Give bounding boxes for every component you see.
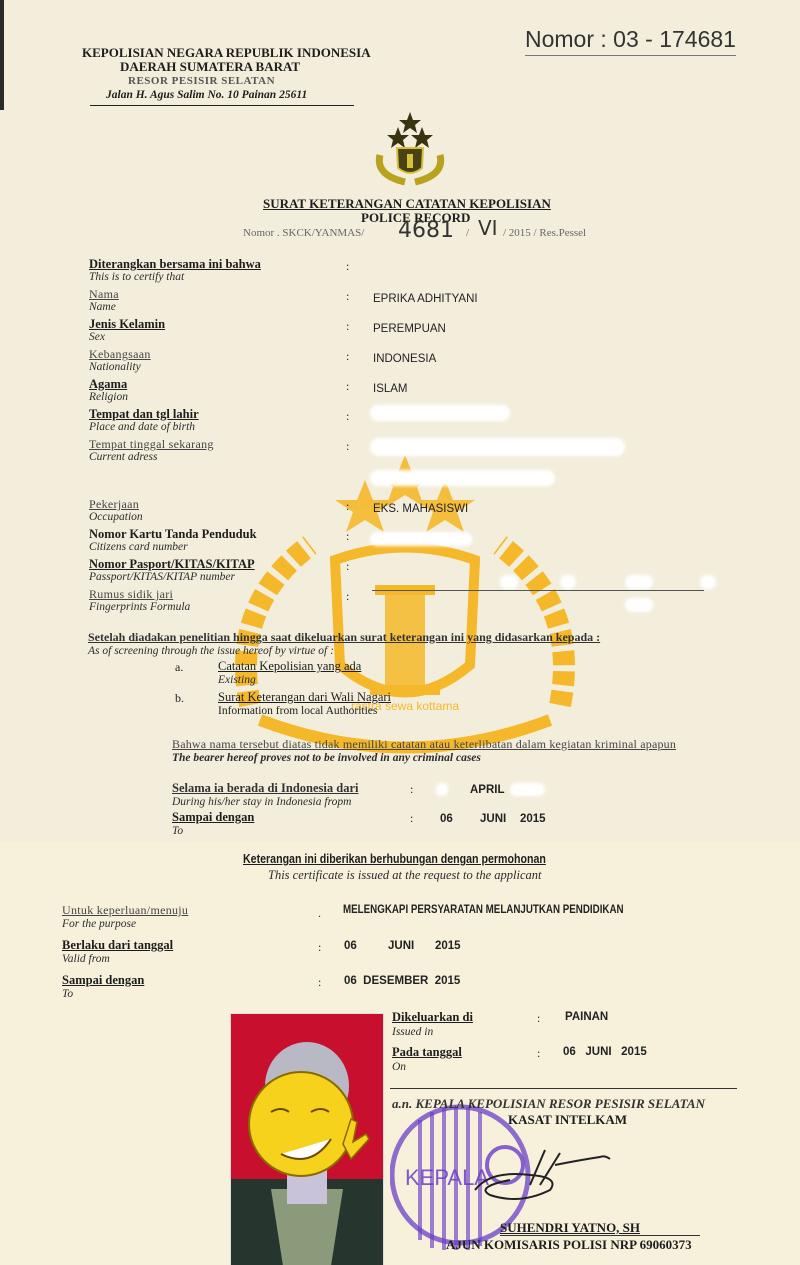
valid-until-value: 06 DESEMBER 2015	[344, 975, 460, 987]
stay-from-label: Selama ia berada di Indonesia dari	[172, 781, 359, 796]
issued-in-sub: Issued in	[392, 1026, 433, 1038]
screening-intro-sub: As of screening through the issue hereof…	[88, 645, 334, 657]
valid-from-label: Berlaku dari tanggal	[62, 938, 173, 953]
address-underline	[90, 105, 354, 106]
document-number-prefix: Nomor . SKCK/YANMAS/	[243, 227, 364, 239]
field-sublabel: Fingerprints Formula	[89, 601, 190, 613]
field-label: Jenis Kelamin	[89, 317, 165, 332]
field-label: Tempat tinggal sekarang	[89, 437, 214, 452]
issued-in-label: Dikeluarkan di	[392, 1010, 473, 1025]
signer-position: KASAT INTELKAM	[508, 1112, 627, 1128]
valid-until-sub: To	[62, 988, 73, 1000]
field-colon: :	[346, 499, 349, 514]
valid-from-day: 06	[344, 940, 357, 952]
field-value: ISLAM	[373, 383, 408, 395]
stay-to-day: 06	[440, 813, 453, 825]
field-sublabel: Religion	[89, 391, 128, 403]
org-line-3: RESOR PESISIR SELATAN	[128, 75, 275, 87]
redacted-address-2	[370, 470, 555, 486]
stay-to-colon: :	[410, 811, 413, 826]
serial-number: Nomor : 03 - 174681	[525, 26, 736, 56]
purpose-heading: Keterangan ini diberikan berhubungan den…	[243, 852, 546, 866]
screening-marker-b: b.	[175, 691, 184, 706]
screening-marker-a: a.	[175, 660, 183, 675]
field-sublabel: Place and date of birth	[89, 421, 195, 433]
field-colon: :	[346, 259, 349, 274]
signer-rank: AJUN KOMISARIS POLISI NRP 69060373	[446, 1237, 692, 1253]
photo-content-icon	[231, 1014, 383, 1265]
signature-icon	[470, 1145, 620, 1205]
valid-from-month: JUNI	[388, 940, 414, 952]
field-sublabel: Passport/KITAS/KITAP number	[89, 571, 235, 583]
field-label: Kebangsaan	[89, 347, 151, 362]
field-label: Nama	[89, 287, 119, 302]
field-value: INDONESIA	[373, 353, 436, 365]
redacted-stay-day	[436, 783, 448, 796]
field-value: EPRIKA ADHITYANI	[373, 293, 478, 305]
valid-from-year: 2015	[435, 940, 461, 952]
field-value: EKS. MAHASISWI	[373, 503, 468, 515]
field-value: PEREMPUAN	[373, 323, 446, 335]
screening-item-a: Catatan Kepolisian yang ada	[218, 659, 361, 674]
signature-divider	[390, 1088, 737, 1089]
stay-to-year: 2015	[520, 813, 546, 825]
field-colon: :	[346, 409, 349, 424]
statement-sub: The bearer hereof proves not to be invol…	[172, 752, 481, 764]
field-label: Rumus sidik jari	[89, 587, 173, 602]
field-colon: :	[346, 439, 349, 454]
redacted-birth	[370, 405, 510, 421]
redacted-address-1	[370, 438, 625, 456]
signer-name-underline	[500, 1235, 700, 1236]
stay-from-month: APRIL	[470, 784, 505, 796]
field-label: Diterangkan bersama ini bahwa	[89, 257, 261, 272]
stay-to-month: JUNI	[480, 813, 506, 825]
field-label: Tempat dan tgl lahir	[89, 407, 199, 422]
purpose-sub: For the purpose	[62, 918, 136, 930]
field-colon: :	[346, 349, 349, 364]
document-number-handwritten: 4681	[398, 218, 454, 243]
issued-on-sub: On	[392, 1061, 406, 1073]
field-colon: :	[346, 589, 349, 604]
police-emblem-icon	[365, 110, 455, 188]
org-address: Jalan H. Agus Salim No. 10 Painan 25611	[106, 89, 307, 101]
purpose-value: MELENGKAPI PERSYARATAN MELANJUTKAN PENDI…	[343, 904, 624, 916]
document-number-suffix: / 2015 / Res.Pessel	[503, 227, 586, 239]
redacted-fp-4	[700, 575, 716, 589]
field-colon: :	[346, 559, 349, 574]
redacted-fp-1	[500, 575, 518, 589]
field-sublabel: Current adress	[89, 451, 157, 463]
field-sublabel: This is to certify that	[89, 271, 184, 283]
issued-on-value: 06 JUNI 2015	[563, 1046, 647, 1058]
screening-item-b-sub: Information from local Authorities	[218, 705, 377, 717]
document-number-month: VI	[478, 216, 498, 240]
field-label: Nomor Pasport/KITAS/KITAP	[89, 557, 255, 572]
screening-item-b: Surat Keterangan dari Wali Nagari	[218, 690, 391, 705]
purpose-label: Untuk keperluan/menuju	[62, 903, 188, 918]
fingerprint-line	[372, 590, 704, 591]
redacted-stay-year	[510, 783, 545, 796]
issued-on-colon: :	[537, 1046, 540, 1061]
field-label: Agama	[89, 377, 127, 392]
stay-from-colon: :	[410, 782, 413, 797]
field-colon: :	[346, 379, 349, 394]
stay-from-sub: During his/her stay in Indonesia fropm	[172, 796, 351, 808]
purpose-heading-sub: This certificate is issued at the reques…	[268, 868, 541, 883]
statement-text: Bahwa nama tersebut diatas tidak memilik…	[172, 737, 676, 752]
valid-until-colon: :	[318, 975, 321, 990]
redacted-id-number	[370, 532, 472, 546]
field-sublabel: Sex	[89, 331, 105, 343]
valid-until-label: Sampai dengan	[62, 973, 144, 988]
field-sublabel: Nationality	[89, 361, 141, 373]
document-number-separator: /	[466, 227, 469, 239]
issued-in-value: PAINAN	[565, 1011, 608, 1023]
field-sublabel: Occupation	[89, 511, 143, 523]
purpose-colon: .	[318, 906, 321, 921]
field-sublabel: Name	[89, 301, 116, 313]
org-line-2: DAERAH SUMATERA BARAT	[120, 60, 300, 74]
field-label: Nomor Kartu Tanda Penduduk	[89, 527, 257, 542]
field-label: Pekerjaan	[89, 497, 139, 512]
issued-in-colon: :	[537, 1011, 540, 1026]
valid-from-sub: Valid from	[62, 953, 110, 965]
field-colon: :	[346, 319, 349, 334]
valid-from-colon: :	[318, 940, 321, 955]
screening-item-a-sub: Existing	[218, 674, 256, 686]
stay-to-sub: To	[172, 825, 183, 837]
issued-on-label: Pada tanggal	[392, 1045, 462, 1060]
org-line-1: KEPOLISIAN NEGARA REPUBLIK INDONESIA	[82, 46, 371, 60]
screening-intro: Setelah diadakan penelitian hingga saat …	[88, 630, 600, 645]
applicant-photo	[230, 1013, 384, 1265]
signer-title: a.n. KEPALA KEPOLISIAN RESOR PESISIR SEL…	[392, 1096, 705, 1112]
signer-name: SUHENDRI YATNO, SH	[500, 1220, 640, 1236]
scan-edge	[0, 0, 4, 110]
field-sublabel: Citizens card number	[89, 541, 188, 553]
field-colon: :	[346, 529, 349, 544]
redacted-fp-2	[560, 575, 576, 589]
field-colon: :	[346, 289, 349, 304]
stay-to-label: Sampai dengan	[172, 810, 254, 825]
redacted-fp-3	[625, 575, 653, 589]
redacted-fp-5	[625, 598, 653, 612]
